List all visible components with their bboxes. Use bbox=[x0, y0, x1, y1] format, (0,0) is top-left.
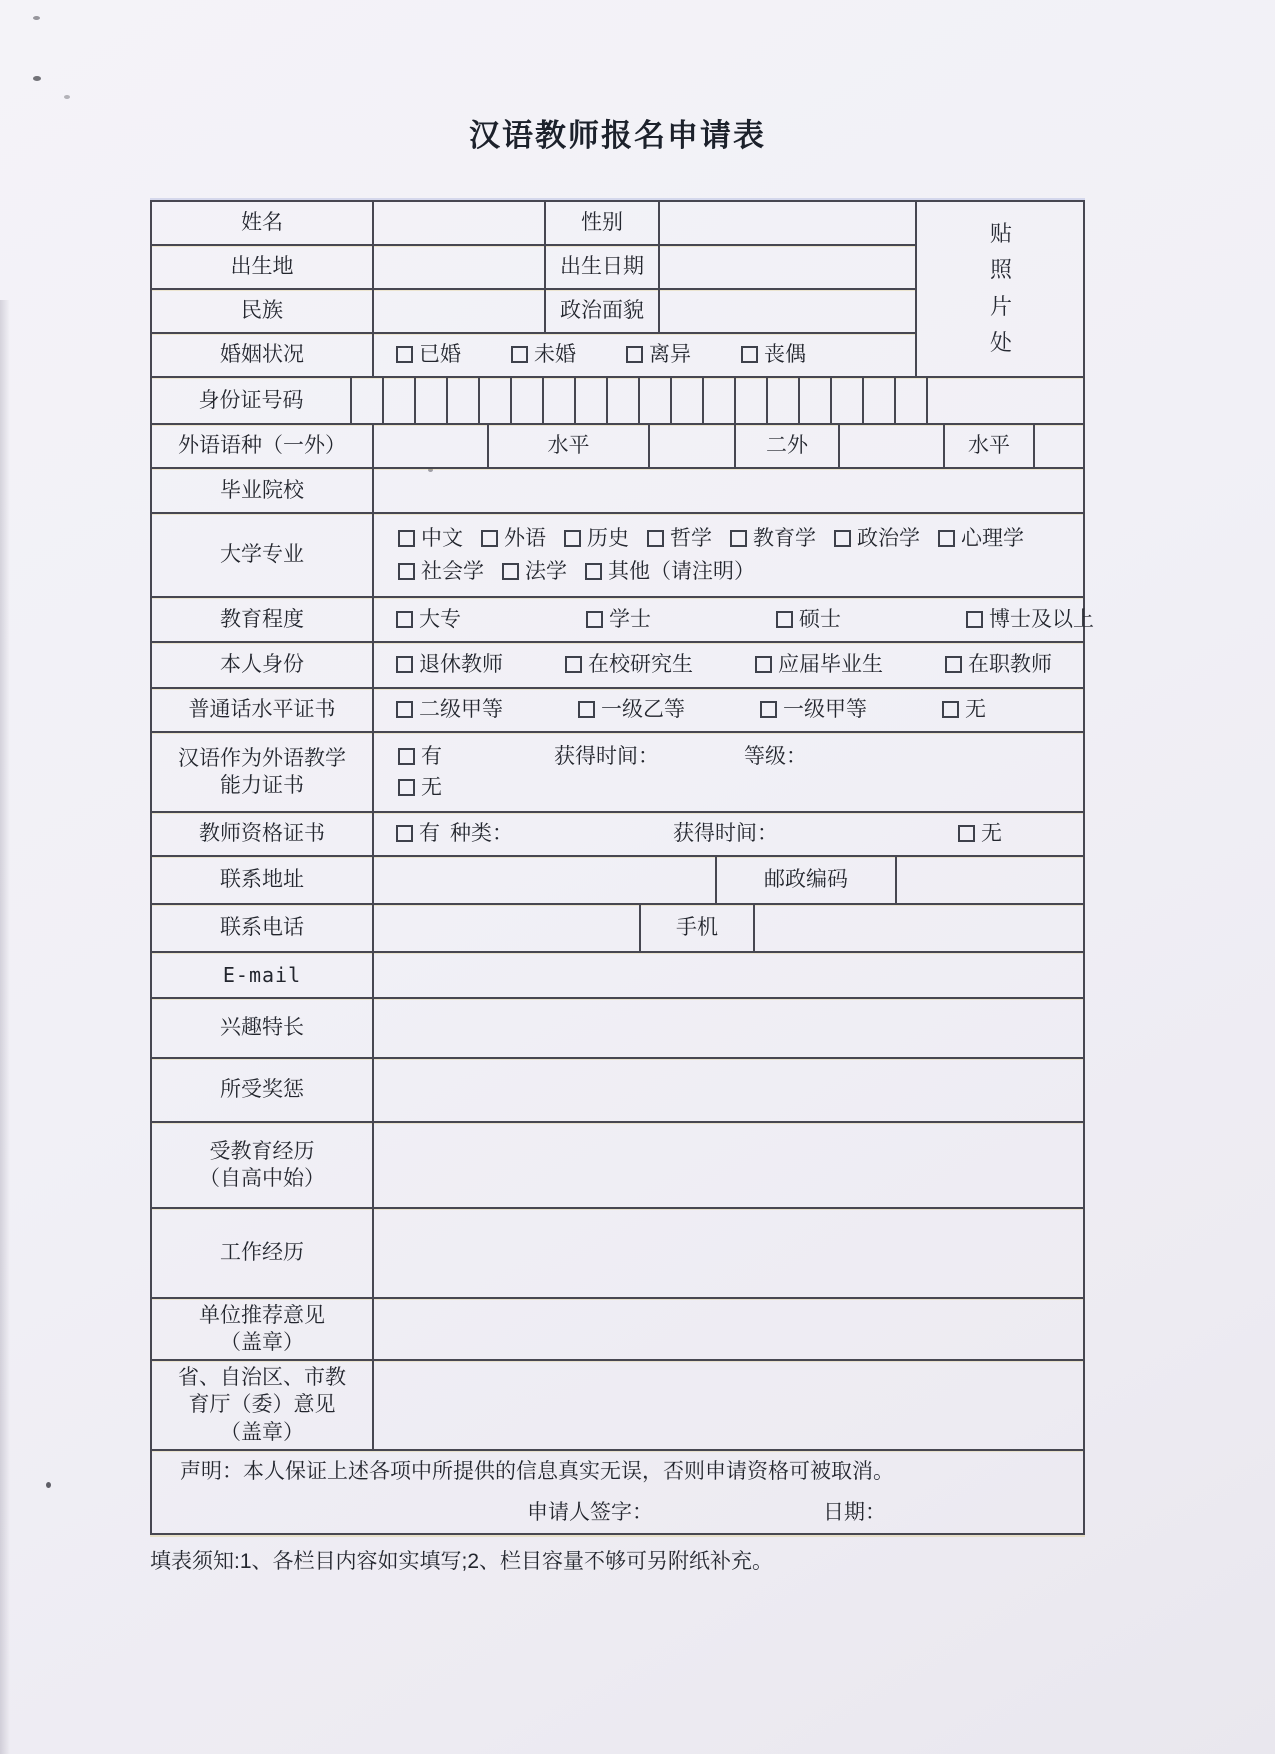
row-university-major: 大学专业 中文 外语 历史 哲学 教育学 政治学 心理学 社会学 法学 其他（请… bbox=[152, 514, 1083, 598]
id-digit-box bbox=[864, 378, 896, 423]
major-option: 法学 bbox=[502, 558, 567, 585]
authority-opinion-value-cell bbox=[374, 1361, 1083, 1449]
tcsl-has-option: 有 bbox=[398, 743, 442, 770]
marital-option: 未婚 bbox=[511, 341, 576, 368]
interests-label: 兴趣特长 bbox=[152, 999, 374, 1057]
level-a-value-cell bbox=[650, 425, 736, 467]
work-history-label: 工作经历 bbox=[152, 1209, 374, 1297]
work-history-value-cell bbox=[374, 1209, 1083, 1297]
employer-opinion-value-cell bbox=[374, 1299, 1083, 1359]
checkbox-icon bbox=[730, 530, 747, 547]
major-option: 政治学 bbox=[834, 525, 920, 552]
name-value-cell bbox=[374, 202, 546, 244]
photo-char: 片 bbox=[990, 293, 1012, 322]
row-graduation-school: 毕业院校 bbox=[152, 469, 1083, 514]
scan-speck bbox=[64, 95, 70, 99]
mandarin-option: 一级乙等 bbox=[578, 696, 685, 723]
teacher-certificate-label: 教师资格证书 bbox=[152, 813, 374, 855]
postal-code-label: 邮政编码 bbox=[717, 857, 897, 903]
tcsl-none-option: 无 bbox=[398, 774, 442, 801]
row-id-number: 身份证号码 bbox=[152, 378, 1083, 425]
row-tcsl-certificate: 汉语作为外语教学 能力证书 有 获得时间： 等级： 无 bbox=[152, 733, 1083, 813]
gender-value-cell bbox=[660, 202, 915, 244]
row-ethnicity-political: 民族 政治面貌 bbox=[152, 290, 915, 334]
level-b-value-cell bbox=[1035, 425, 1083, 467]
row-birthplace-birthdate: 出生地 出生日期 bbox=[152, 246, 915, 290]
id-digit-box bbox=[448, 378, 480, 423]
id-digit-box bbox=[352, 378, 384, 423]
name-label: 姓名 bbox=[152, 202, 374, 244]
declaration-text: 声明：本人保证上述各项中所提供的信息真实无误，否则申请资格可被取消。 bbox=[152, 1458, 894, 1485]
teacher-certificate-options-cell: 有 种类： 获得时间： 无 bbox=[374, 813, 1083, 855]
major-option: 外语 bbox=[481, 525, 546, 552]
checkbox-icon bbox=[511, 346, 528, 363]
ethnicity-label: 民族 bbox=[152, 290, 374, 332]
row-contact-phone: 联系电话 手机 bbox=[152, 905, 1083, 953]
mandarin-option: 一级甲等 bbox=[760, 696, 867, 723]
major-options-line1: 中文 外语 历史 哲学 教育学 政治学 心理学 bbox=[398, 525, 1024, 552]
birthplace-label: 出生地 bbox=[152, 246, 374, 288]
checkbox-icon bbox=[398, 779, 415, 796]
checkbox-icon bbox=[945, 656, 962, 673]
id-digit-box bbox=[768, 378, 800, 423]
education-history-label: 受教育经历 （自高中始） bbox=[152, 1123, 374, 1207]
contact-address-value-cell bbox=[374, 857, 717, 903]
id-digit-box bbox=[480, 378, 512, 423]
second-language-value-cell bbox=[840, 425, 945, 467]
identity-option: 退休教师 bbox=[396, 651, 503, 678]
major-option: 其他（请注明） bbox=[585, 558, 755, 585]
id-digit-box bbox=[672, 378, 704, 423]
id-digit-box bbox=[800, 378, 832, 423]
application-form-table: 姓名 性别 出生地 出生日期 民族 政治面貌 bbox=[150, 200, 1085, 1535]
applicant-identity-label: 本人身份 bbox=[152, 643, 374, 687]
university-major-label: 大学专业 bbox=[152, 514, 374, 596]
marital-option: 丧偶 bbox=[741, 341, 806, 368]
checkbox-icon bbox=[398, 530, 415, 547]
photo-char: 贴 bbox=[990, 220, 1012, 249]
ethnicity-value-cell bbox=[374, 290, 546, 332]
row-employer-opinion: 单位推荐意见 （盖章） bbox=[152, 1299, 1083, 1361]
checkbox-icon bbox=[564, 530, 581, 547]
marital-options-cell: 已婚 未婚 离异 丧偶 bbox=[374, 334, 915, 376]
graduation-school-label: 毕业院校 bbox=[152, 469, 374, 512]
graduation-school-value-cell bbox=[374, 469, 1083, 512]
major-option: 历史 bbox=[564, 525, 629, 552]
level-b-label: 水平 bbox=[945, 425, 1035, 467]
major-options-line2: 社会学 法学 其他（请注明） bbox=[398, 558, 755, 585]
checkbox-icon bbox=[938, 530, 955, 547]
row-mandarin-certificate: 普通话水平证书 二级甲等 一级乙等 一级甲等 无 bbox=[152, 689, 1083, 733]
header-rows-group: 姓名 性别 出生地 出生日期 民族 政治面貌 bbox=[152, 202, 1083, 378]
contact-phone-label: 联系电话 bbox=[152, 905, 374, 951]
education-option: 学士 bbox=[586, 606, 651, 633]
major-option: 哲学 bbox=[647, 525, 712, 552]
photo-char: 处 bbox=[990, 329, 1012, 358]
education-option: 博士及以上 bbox=[966, 606, 1094, 633]
political-status-label: 政治面貌 bbox=[546, 290, 660, 332]
checkbox-icon bbox=[626, 346, 643, 363]
tcsl-line1: 有 获得时间： 等级： bbox=[398, 743, 807, 770]
email-value-cell bbox=[374, 953, 1083, 997]
checkbox-icon bbox=[481, 530, 498, 547]
mobile-label: 手机 bbox=[641, 905, 755, 951]
major-option: 教育学 bbox=[730, 525, 816, 552]
id-digit-box bbox=[896, 378, 928, 423]
teacher-cert-has-option: 有 bbox=[396, 820, 440, 847]
second-language-label: 二外 bbox=[736, 425, 840, 467]
row-name-gender: 姓名 性别 bbox=[152, 202, 915, 246]
applicant-identity-options-cell: 退休教师 在校研究生 应届毕业生 在职教师 bbox=[374, 643, 1083, 687]
mandarin-certificate-label: 普通话水平证书 bbox=[152, 689, 374, 731]
interests-value-cell bbox=[374, 999, 1083, 1057]
teacher-cert-kind-label: 种类： bbox=[450, 820, 513, 847]
identity-option: 应届毕业生 bbox=[755, 651, 883, 678]
id-digit-box bbox=[544, 378, 576, 423]
education-history-value-cell bbox=[374, 1123, 1083, 1207]
photo-char: 照 bbox=[990, 256, 1012, 285]
row-interests: 兴趣特长 bbox=[152, 999, 1083, 1059]
row-education-history: 受教育经历 （自高中始） bbox=[152, 1123, 1083, 1209]
checkbox-icon bbox=[578, 701, 595, 718]
tcsl-grade-label: 等级： bbox=[744, 743, 807, 770]
teacher-cert-none-option: 无 bbox=[958, 820, 1002, 847]
id-digit-box bbox=[640, 378, 672, 423]
major-option: 心理学 bbox=[938, 525, 1024, 552]
row-declaration: 声明：本人保证上述各项中所提供的信息真实无误，否则申请资格可被取消。 申请人签字… bbox=[152, 1451, 1083, 1533]
mandarin-option: 无 bbox=[942, 696, 986, 723]
birthdate-value-cell bbox=[660, 246, 915, 288]
id-digit-box bbox=[416, 378, 448, 423]
id-digit-box bbox=[384, 378, 416, 423]
tcsl-certificate-options-cell: 有 获得时间： 等级： 无 bbox=[374, 733, 1083, 811]
date-label: 日期： bbox=[823, 1499, 886, 1526]
id-digit-box bbox=[736, 378, 768, 423]
checkbox-icon bbox=[755, 656, 772, 673]
level-a-label: 水平 bbox=[489, 425, 650, 467]
teacher-cert-acquired-label: 获得时间： bbox=[673, 820, 778, 847]
foreign-language-label: 外语语种（一外） bbox=[152, 425, 374, 467]
id-digit-box bbox=[576, 378, 608, 423]
checkbox-icon bbox=[586, 611, 603, 628]
scan-edge-shadow bbox=[0, 300, 10, 1754]
checkbox-icon bbox=[834, 530, 851, 547]
checkbox-icon bbox=[396, 701, 413, 718]
checkbox-icon bbox=[776, 611, 793, 628]
row-authority-opinion: 省、自治区、市教 育厅（委）意见 （盖章） bbox=[152, 1361, 1083, 1451]
applicant-signature-label: 申请人签字： bbox=[527, 1499, 653, 1526]
major-option: 中文 bbox=[398, 525, 463, 552]
scan-speck bbox=[33, 76, 41, 81]
contact-phone-value-cell bbox=[374, 905, 641, 951]
declaration-cell: 声明：本人保证上述各项中所提供的信息真实无误，否则申请资格可被取消。 申请人签字… bbox=[152, 1451, 1083, 1533]
row-awards-punishments: 所受奖惩 bbox=[152, 1059, 1083, 1123]
row-contact-address: 联系地址 邮政编码 bbox=[152, 857, 1083, 905]
row-teacher-certificate: 教师资格证书 有 种类： 获得时间： 无 bbox=[152, 813, 1083, 857]
checkbox-icon bbox=[966, 611, 983, 628]
foreign-language-value-cell bbox=[374, 425, 489, 467]
checkbox-icon bbox=[502, 563, 519, 580]
header-rows-left: 姓名 性别 出生地 出生日期 民族 政治面貌 bbox=[152, 202, 917, 376]
checkbox-icon bbox=[942, 701, 959, 718]
birthdate-label: 出生日期 bbox=[546, 246, 660, 288]
scanned-form-page: 汉语教师报名申请表 姓名 性别 出生地 出生日期 民族 bbox=[0, 0, 1275, 1754]
education-level-options-cell: 大专 学士 硕士 博士及以上 bbox=[374, 598, 1094, 641]
university-major-options-cell: 中文 外语 历史 哲学 教育学 政治学 心理学 社会学 法学 其他（请注明） bbox=[374, 514, 1083, 596]
tcsl-line2: 无 bbox=[398, 774, 442, 801]
checkbox-icon bbox=[396, 825, 413, 842]
row-applicant-identity: 本人身份 退休教师 在校研究生 应届毕业生 在职教师 bbox=[152, 643, 1083, 689]
mobile-value-cell bbox=[755, 905, 1083, 951]
row-marital-status: 婚姻状况 已婚 未婚 离异 丧偶 bbox=[152, 334, 915, 376]
postal-code-value-cell bbox=[897, 857, 1083, 903]
identity-option: 在职教师 bbox=[945, 651, 1052, 678]
checkbox-icon bbox=[565, 656, 582, 673]
checkbox-icon bbox=[958, 825, 975, 842]
row-education-level: 教育程度 大专 学士 硕士 博士及以上 bbox=[152, 598, 1083, 643]
row-work-history: 工作经历 bbox=[152, 1209, 1083, 1299]
tcsl-acquired-label: 获得时间： bbox=[554, 743, 659, 770]
checkbox-icon bbox=[585, 563, 602, 580]
education-option: 硕士 bbox=[776, 606, 841, 633]
mandarin-option: 二级甲等 bbox=[396, 696, 503, 723]
email-label: E-mail bbox=[152, 953, 374, 997]
gender-label: 性别 bbox=[546, 202, 660, 244]
checkbox-icon bbox=[647, 530, 664, 547]
marital-option: 已婚 bbox=[396, 341, 461, 368]
id-number-trailing-cell bbox=[928, 378, 1083, 423]
marital-option: 离异 bbox=[626, 341, 691, 368]
authority-opinion-label: 省、自治区、市教 育厅（委）意见 （盖章） bbox=[152, 1361, 374, 1449]
checkbox-icon bbox=[760, 701, 777, 718]
major-option: 社会学 bbox=[398, 558, 484, 585]
photo-paste-area: 贴 照 片 处 bbox=[917, 202, 1085, 376]
scan-speck bbox=[46, 1482, 51, 1488]
marital-status-label: 婚姻状况 bbox=[152, 334, 374, 376]
row-foreign-language: 外语语种（一外） 水平 二外 水平 bbox=[152, 425, 1083, 469]
declaration-signature-line: 申请人签字： 日期： bbox=[152, 1499, 886, 1526]
checkbox-icon bbox=[741, 346, 758, 363]
education-level-label: 教育程度 bbox=[152, 598, 374, 641]
birthplace-value-cell bbox=[374, 246, 546, 288]
awards-punishments-label: 所受奖惩 bbox=[152, 1059, 374, 1121]
checkbox-icon bbox=[396, 656, 413, 673]
checkbox-icon bbox=[396, 346, 413, 363]
identity-option: 在校研究生 bbox=[565, 651, 693, 678]
tcsl-certificate-label: 汉语作为外语教学 能力证书 bbox=[152, 733, 374, 811]
scan-speck bbox=[33, 16, 40, 20]
checkbox-icon bbox=[398, 748, 415, 765]
id-digit-box bbox=[608, 378, 640, 423]
employer-opinion-label: 单位推荐意见 （盖章） bbox=[152, 1299, 374, 1359]
id-digit-box bbox=[512, 378, 544, 423]
checkbox-icon bbox=[396, 611, 413, 628]
political-status-value-cell bbox=[660, 290, 915, 332]
contact-address-label: 联系地址 bbox=[152, 857, 374, 903]
id-number-label: 身份证号码 bbox=[152, 378, 352, 423]
awards-punishments-value-cell bbox=[374, 1059, 1083, 1121]
checkbox-icon bbox=[398, 563, 415, 580]
education-option: 大专 bbox=[396, 606, 461, 633]
form-title: 汉语教师报名申请表 bbox=[150, 110, 1085, 155]
form-footnote: 填表须知:1、各栏目内容如实填写;2、栏目容量不够可另附纸补充。 bbox=[150, 1545, 773, 1575]
id-digit-box bbox=[832, 378, 864, 423]
id-digit-box bbox=[704, 378, 736, 423]
mandarin-certificate-options-cell: 二级甲等 一级乙等 一级甲等 无 bbox=[374, 689, 1083, 731]
row-email: E-mail bbox=[152, 953, 1083, 999]
